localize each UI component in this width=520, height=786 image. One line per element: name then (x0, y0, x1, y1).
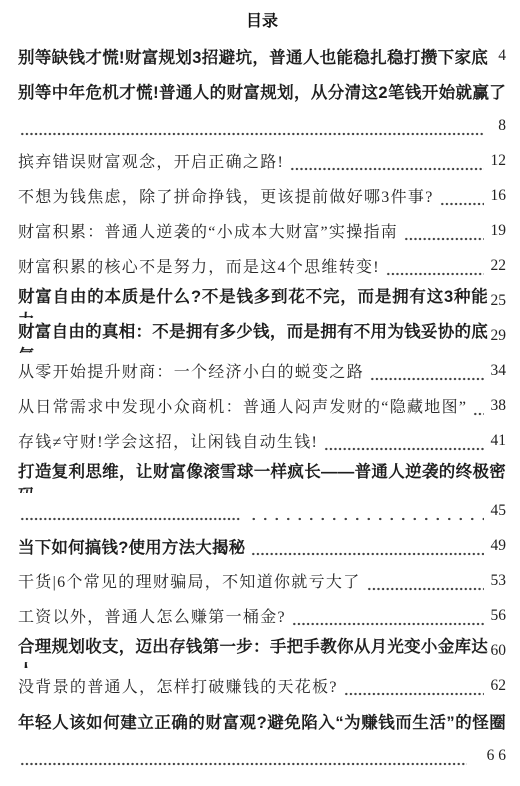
dot-leader (20, 493, 240, 528)
toc-entry[interactable]: 财富自由的真相：不是拥有多少钱，而是拥有不用为钱妥协的底气 29 (18, 318, 506, 353)
dot-leader (324, 423, 484, 458)
page-number: 53 (490, 572, 506, 590)
page-number: 25 (490, 292, 506, 310)
page-number: 19 (490, 222, 506, 240)
page-number: 56 (490, 607, 506, 625)
toc-entry-text: 干货|6个常见的理财骗局，不知道你就亏大了 (18, 569, 361, 592)
page-number: 41 (490, 432, 506, 450)
dot-leader (248, 493, 484, 528)
toc-entry-text: 财富积累：普通人逆袭的“小成本大财富”实操指南 (18, 219, 398, 242)
toc-entry-text: 财富自由的本质是什么?不是钱多到花不完，而是拥有这3种能力 (18, 283, 488, 318)
toc-entry[interactable]: 合理规划收支，迈出存钱第一步：手把手教你从月光变小金库达人 60 (18, 633, 506, 668)
page-number: 38 (490, 397, 506, 415)
dot-leader (367, 563, 484, 598)
dot-leader (20, 108, 484, 143)
toc-entry[interactable]: 财富积累：普通人逆袭的“小成本大财富”实操指南 19 (18, 213, 506, 248)
toc-entry[interactable]: 从零开始提升财商：一个经济小白的蜕变之路 34 (18, 353, 506, 388)
toc-entry-text: 摈弃错误财富观念，开启正确之路! (18, 149, 284, 172)
toc-entry[interactable]: 存钱≠守财!学会这招，让闲钱自动生钱! 41 (18, 423, 506, 458)
page-number: 6 6 (487, 747, 506, 765)
toc-entry[interactable]: 不想为钱焦虑，除了拼命挣钱，更该提前做好哪3件事? 16 (18, 178, 506, 213)
dot-leader (440, 178, 484, 213)
toc-entry[interactable]: 摈弃错误财富观念，开启正确之路! 12 (18, 143, 506, 178)
page-number: 22 (490, 257, 506, 275)
toc-entry-continuation[interactable]: 6 6 (18, 738, 506, 773)
toc-entry-text: 当下如何搞钱?使用方法大揭秘 (18, 534, 245, 558)
page-number: 45 (490, 502, 506, 520)
page-number: 12 (490, 152, 506, 170)
toc-entry-text: 从零开始提升财商：一个经济小白的蜕变之路 (18, 359, 364, 382)
toc-entry-text: 存钱≠守财!学会这招，让闲钱自动生钱! (18, 429, 318, 452)
toc-entry-text: 不想为钱焦虑，除了拼命挣钱，更该提前做好哪3件事? (18, 184, 434, 207)
toc-entry-text: 打造复利思维，让财富像滚雪球一样疯长——普通人逆袭的终极密码 (18, 458, 506, 493)
toc-entry[interactable]: 别等缺钱才慌!财富规划3招避坑，普通人也能稳扎稳打攒下家底 4 (18, 38, 506, 73)
toc-entry-text: 财富自由的真相：不是拥有多少钱，而是拥有不用为钱妥协的底气 (18, 318, 488, 353)
toc-entry[interactable]: 年轻人该如何建立正确的财富观?避免陷入“为赚钱而生活”的怪圈 (18, 703, 506, 738)
dot-leader (344, 668, 484, 703)
page-number: 60 (490, 642, 506, 660)
page-number: 29 (490, 327, 506, 345)
page-number: 62 (490, 677, 506, 695)
page-number: 8 (490, 117, 506, 135)
toc-page: 目录 别等缺钱才慌!财富规划3招避坑，普通人也能稳扎稳打攒下家底 4 别等中年危… (0, 0, 520, 786)
page-number: 49 (490, 537, 506, 555)
toc-entry-text: 工资以外，普通人怎么赚第一桶金? (18, 604, 286, 627)
dot-leader (404, 213, 484, 248)
toc-entry[interactable]: 工资以外，普通人怎么赚第一桶金? 56 (18, 598, 506, 633)
page-number: 4 (490, 47, 506, 65)
toc-entry-continuation[interactable]: 45 (18, 493, 506, 528)
page-number: 16 (490, 187, 506, 205)
toc-entry-text: 年轻人该如何建立正确的财富观?避免陷入“为赚钱而生活”的怪圈 (18, 709, 506, 733)
toc-entry[interactable]: 财富积累的核心不是努力，而是这4个思维转变! 22 (18, 248, 506, 283)
toc-entry-text: 从日常需求中发现小众商机：普通人闷声发财的“隐藏地图” (18, 394, 467, 417)
toc-entry[interactable]: 当下如何搞钱?使用方法大揭秘 49 (18, 528, 506, 563)
toc-entry[interactable]: 从日常需求中发现小众商机：普通人闷声发财的“隐藏地图” 38 (18, 388, 506, 423)
toc-entry[interactable]: 财富自由的本质是什么?不是钱多到花不完，而是拥有这3种能力 25 (18, 283, 506, 318)
toc-entry[interactable]: 打造复利思维，让财富像滚雪球一样疯长——普通人逆袭的终极密码 (18, 458, 506, 493)
toc-entry-continuation[interactable]: 8 (18, 108, 506, 143)
toc-entry-text: 没背景的普通人，怎样打破赚钱的天花板? (18, 674, 338, 697)
dot-leader (20, 738, 467, 773)
toc-entry[interactable]: 干货|6个常见的理财骗局，不知道你就亏大了 53 (18, 563, 506, 598)
toc-entry-text: 别等缺钱才慌!财富规划3招避坑，普通人也能稳扎稳打攒下家底 (18, 44, 488, 68)
dot-leader (292, 598, 484, 633)
toc-title: 目录 (18, 8, 506, 38)
toc-entry[interactable]: 别等中年危机才慌!普通人的财富规划，从分清这2笔钱开始就赢了 (18, 73, 506, 108)
dot-leader (290, 143, 484, 178)
toc-entry-text: 合理规划收支，迈出存钱第一步：手把手教你从月光变小金库达人 (18, 633, 488, 668)
dot-leader (473, 388, 484, 423)
toc-entry-text: 财富积累的核心不是努力，而是这4个思维转变! (18, 254, 380, 277)
page-number: 34 (490, 362, 506, 380)
dot-leader (251, 528, 484, 563)
toc-entry-text: 别等中年危机才慌!普通人的财富规划，从分清这2笔钱开始就赢了 (18, 79, 506, 103)
toc-entry[interactable]: 没背景的普通人，怎样打破赚钱的天花板? 62 (18, 668, 506, 703)
dot-leader (386, 248, 484, 283)
dot-leader (370, 353, 484, 388)
